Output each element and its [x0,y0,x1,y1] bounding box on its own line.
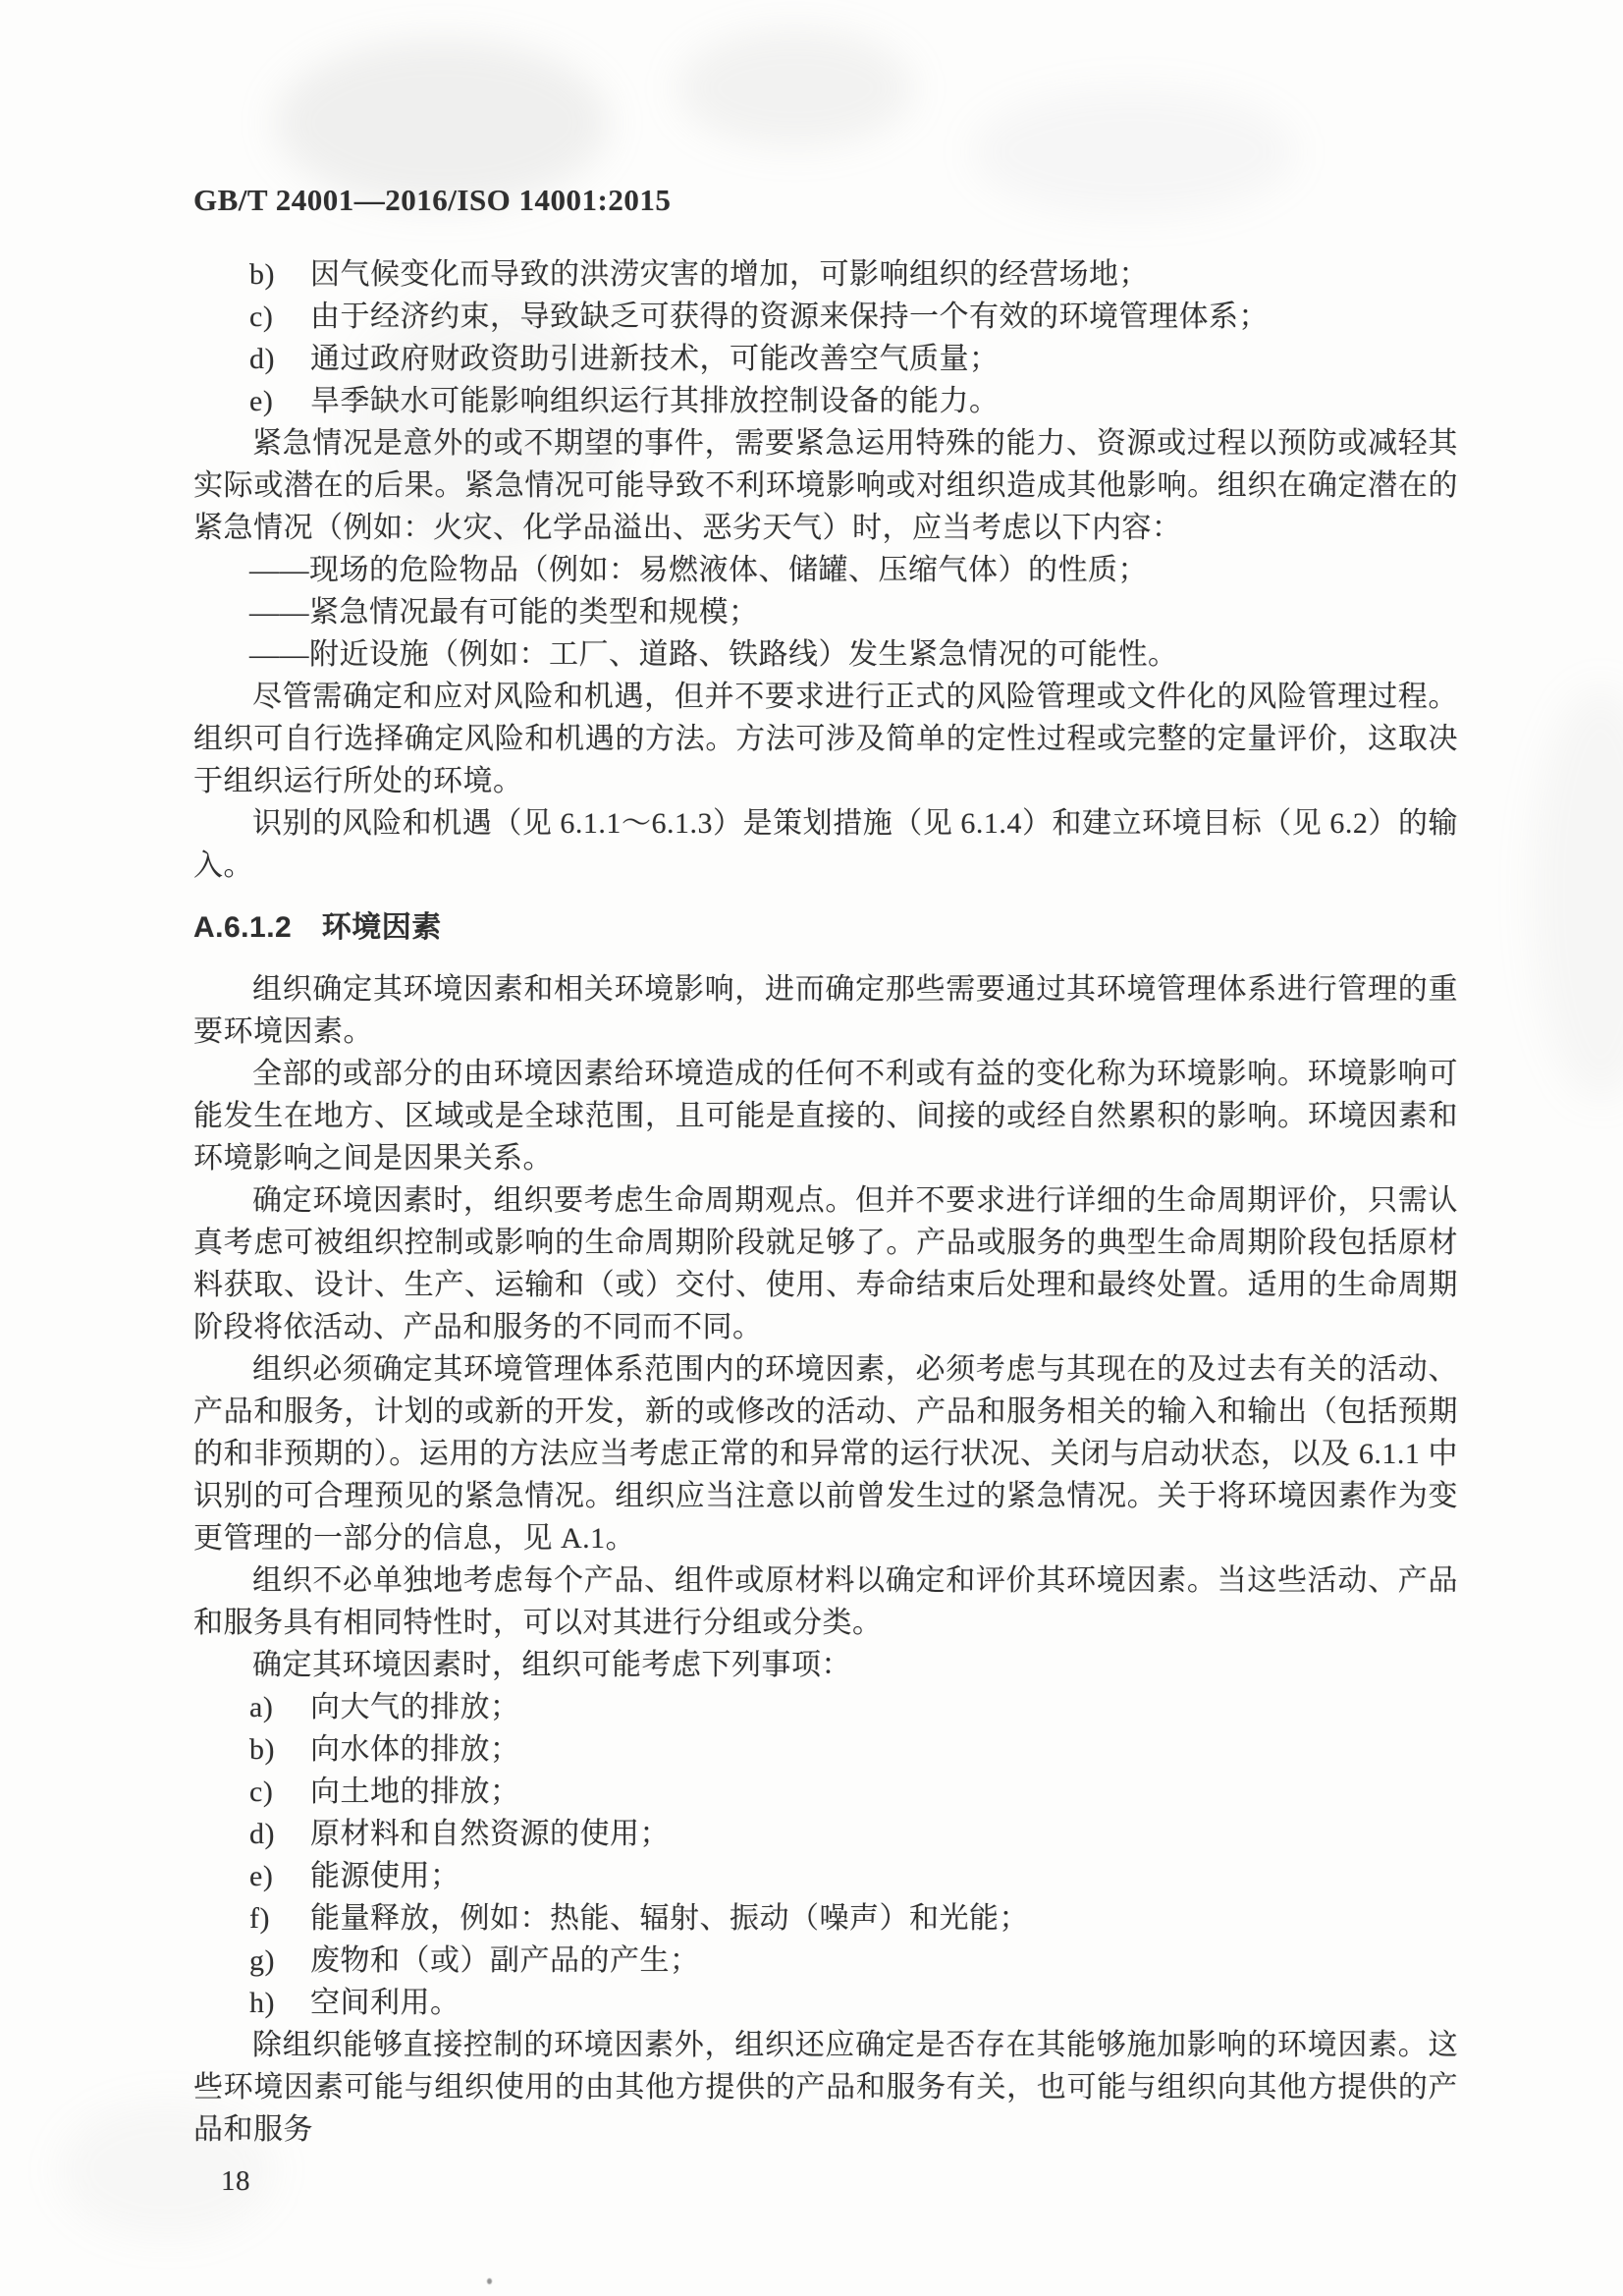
dash-item: ——附近设施（例如：工厂、道路、铁路线）发生紧急情况的可能性。 [249,633,1458,676]
paragraph: 确定环境因素时，组织要考虑生命周期观点。但并不要求进行详细的生命周期评价，只需认… [193,1179,1458,1348]
list-item: b) 向水体的排放； [249,1728,1458,1771]
list-item: e) 能源使用； [249,1855,1458,1897]
list-item: e) 旱季缺水可能影响组织运行其排放控制设备的能力。 [249,380,1458,422]
list-item-text: 旱季缺水可能影响组织运行其排放控制设备的能力。 [310,385,1000,417]
list-item-label: a) [249,1686,273,1728]
list-item: d) 原材料和自然资源的使用； [249,1813,1458,1855]
list-item-label: d) [249,338,275,380]
alpha-list-top: b) 因气候变化而导致的洪涝灾害的增加，可影响组织的经营场地； c) 由于经济约… [249,253,1458,422]
dash-item: ——现场的危险物品（例如：易燃液体、储罐、压缩气体）的性质； [249,549,1458,591]
list-item-label: e) [249,1855,273,1897]
list-item-text: 向大气的排放； [310,1691,520,1723]
scan-artifact [1532,687,1623,1100]
list-item: d) 通过政府财政资助引进新技术，可能改善空气质量； [249,338,1458,380]
paragraph: 尽管需确定和应对风险和机遇，但并不要求进行正式的风险管理或文件化的风险管理过程。… [193,676,1458,802]
list-item-label: c) [249,296,273,338]
paragraph: 组织不必单独地考虑每个产品、组件或原材料以确定和评价其环境因素。当这些活动、产品… [193,1559,1458,1644]
paragraph: 组织必须确定其环境管理体系范围内的环境因素，必须考虑与其现在的及过去有关的活动、… [193,1348,1458,1559]
list-item: f) 能量释放，例如：热能、辐射、振动（噪声）和光能； [249,1897,1458,1940]
list-item: g) 废物和（或）副产品的产生； [249,1940,1458,1982]
list-item: c) 由于经济约束，导致缺乏可获得的资源来保持一个有效的环境管理体系； [249,296,1458,338]
list-item-label: h) [249,1982,275,2024]
page-number: 18 [221,2160,1458,2203]
list-item-text: 能量释放，例如：热能、辐射、振动（噪声）和光能； [310,1902,1029,1935]
list-item-text: 向水体的排放； [310,1733,520,1766]
list-item-label: b) [249,1728,275,1771]
paragraph: 全部的或部分的由环境因素给环境造成的任何不利或有益的变化称为环境影响。环境影响可… [193,1053,1458,1179]
scan-artifact [677,29,913,147]
list-item-text: 废物和（或）副产品的产生； [310,1944,700,1977]
paragraph: 紧急情况是意外的或不期望的事件，需要紧急运用特殊的能力、资源或过程以预防或减轻其… [193,422,1458,549]
document-text-block: GB/T 24001—2016/ISO 14001:2015 b) 因气候变化而… [193,179,1458,2203]
list-item-text: 向土地的排放； [310,1776,520,1808]
list-item-label: d) [249,1813,275,1855]
paragraph: 组织确定其环境因素和相关环境影响，进而确定那些需要通过其环境管理体系进行管理的重… [193,968,1458,1053]
list-item-label: e) [249,380,273,422]
list-item: b) 因气候变化而导致的洪涝灾害的增加，可影响组织的经营场地； [249,253,1458,296]
list-item: a) 向大气的排放； [249,1686,1458,1728]
list-item-text: 原材料和自然资源的使用； [310,1818,670,1850]
paragraph: 确定其环境因素时，组织可能考虑下列事项： [193,1644,1458,1686]
list-item-text: 因气候变化而导致的洪涝灾害的增加，可影响组织的经营场地； [310,258,1149,291]
list-item-text: 由于经济约束，导致缺乏可获得的资源来保持一个有效的环境管理体系； [310,301,1269,333]
list-item-label: c) [249,1771,273,1813]
list-item-text: 空间利用。 [310,1987,460,2019]
alpha-list-aspects: a) 向大气的排放； b) 向水体的排放； c) 向土地的排放； d) 原材料和… [249,1686,1458,2024]
list-item-label: b) [249,253,275,296]
list-item-label: g) [249,1940,275,1982]
paragraph: 识别的风险和机遇（见 6.1.1～6.1.3）是策划措施（见 6.1.4）和建立… [193,802,1458,887]
list-item-label: f) [249,1897,270,1940]
document-page: GB/T 24001—2016/ISO 14001:2015 b) 因气候变化而… [0,0,1623,2296]
dash-item: ——紧急情况最有可能的类型和规模； [249,591,1458,633]
running-header: GB/T 24001—2016/ISO 14001:2015 [193,179,1458,221]
list-item-text: 能源使用； [310,1860,460,1892]
list-item-text: 通过政府财政资助引进新技术，可能改善空气质量； [310,343,1000,375]
paragraph: 除组织能够直接控制的环境因素外，组织还应确定是否存在其能够施加影响的环境因素。这… [193,2024,1458,2151]
list-item: c) 向土地的排放； [249,1771,1458,1813]
list-item: h) 空间利用。 [249,1982,1458,2024]
section-heading: A.6.1.2 环境因素 [193,906,1458,949]
scan-speck [487,2278,492,2284]
